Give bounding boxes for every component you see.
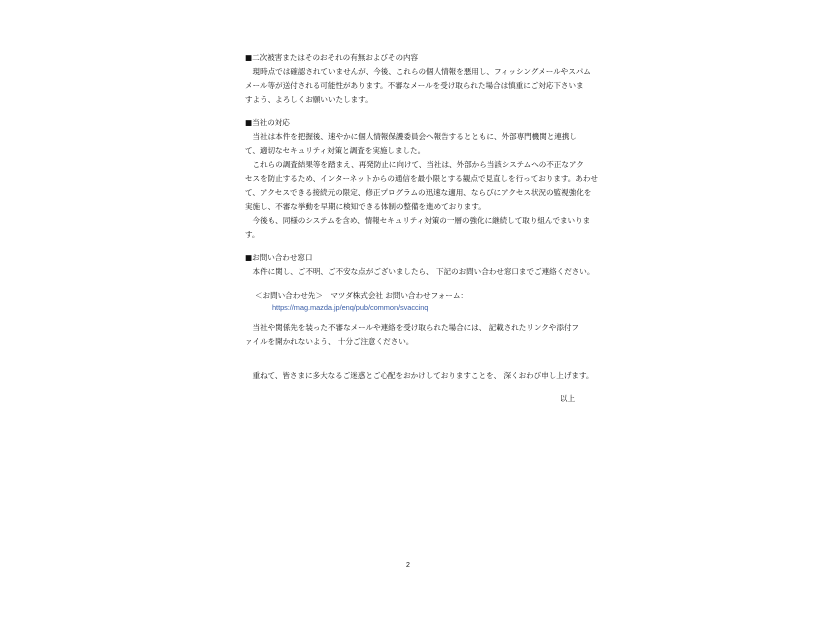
paragraph-line: これらの調査結果等を踏まえ、再発防止に向けて、当社は、外部から当該システムへの不… [245, 160, 584, 170]
paragraph-line: す。 [245, 230, 259, 240]
contact-form-link[interactable]: https://mag.mazda.jp/enq/pub/common/svac… [272, 303, 428, 313]
warning-line: 当社や関係先を装った不審なメールや連絡を受け取られた場合には、 記載されたリンク… [245, 323, 579, 333]
section-heading-secondary-damage: ■二次被害またはそのおそれの有無およびその内容 [245, 53, 418, 63]
paragraph-line: て、アクセスできる接続元の限定、修正プログラムの迅速な適用、ならびにアクセス状況… [245, 188, 591, 198]
paragraph-line: すよう、よろしくお願いいたします。 [245, 95, 373, 105]
apology-text: 重ねて、皆さまに多大なるご迷惑とご心配をおかけしておりますことを、 深くおわび申… [245, 371, 593, 381]
closing-text: 以上 [560, 394, 575, 404]
page-number: 2 [406, 562, 410, 569]
section-heading-company-response: ■当社の対応 [245, 118, 290, 128]
paragraph-line: 実施し、不審な挙動を早期に検知できる体制の整備を進めております。 [245, 202, 486, 212]
paragraph-line: 今後も、同様のシステムを含め、情報セキュリティ対策の一層の強化に継続して取り組ん… [245, 216, 590, 226]
paragraph-line: 当社は本件を把握後、速やかに個人情報保護委員会へ報告するとともに、外部専門機関と… [245, 132, 577, 142]
contact-label: ＜お問い合わせ先＞ マツダ株式会社 お問い合わせフォーム： [255, 291, 468, 301]
contact-intro: 本件に関し、ご不明、ご不安な点がございましたら、 下記のお問い合わせ窓口までご連… [245, 267, 594, 277]
paragraph-line: 現時点では確認されていませんが、今後、これらの個人情報を悪用し、フィッシングメー… [245, 67, 591, 77]
warning-line: ァイルを開かれないよう、 十分ご注意ください。 [245, 337, 413, 347]
paragraph-line: メール等が送付される可能性があります。不審なメールを受け取られた場合は慎重にご対… [245, 81, 584, 91]
paragraph-line: て、適切なセキュリティ対策と調査を実施しました。 [245, 146, 425, 156]
paragraph-line: セスを防止するため、インターネットからの通信を最小限とする観点で見直しを行ってお… [245, 174, 598, 184]
section-heading-contact: ■お問い合わせ窓口 [245, 253, 312, 263]
